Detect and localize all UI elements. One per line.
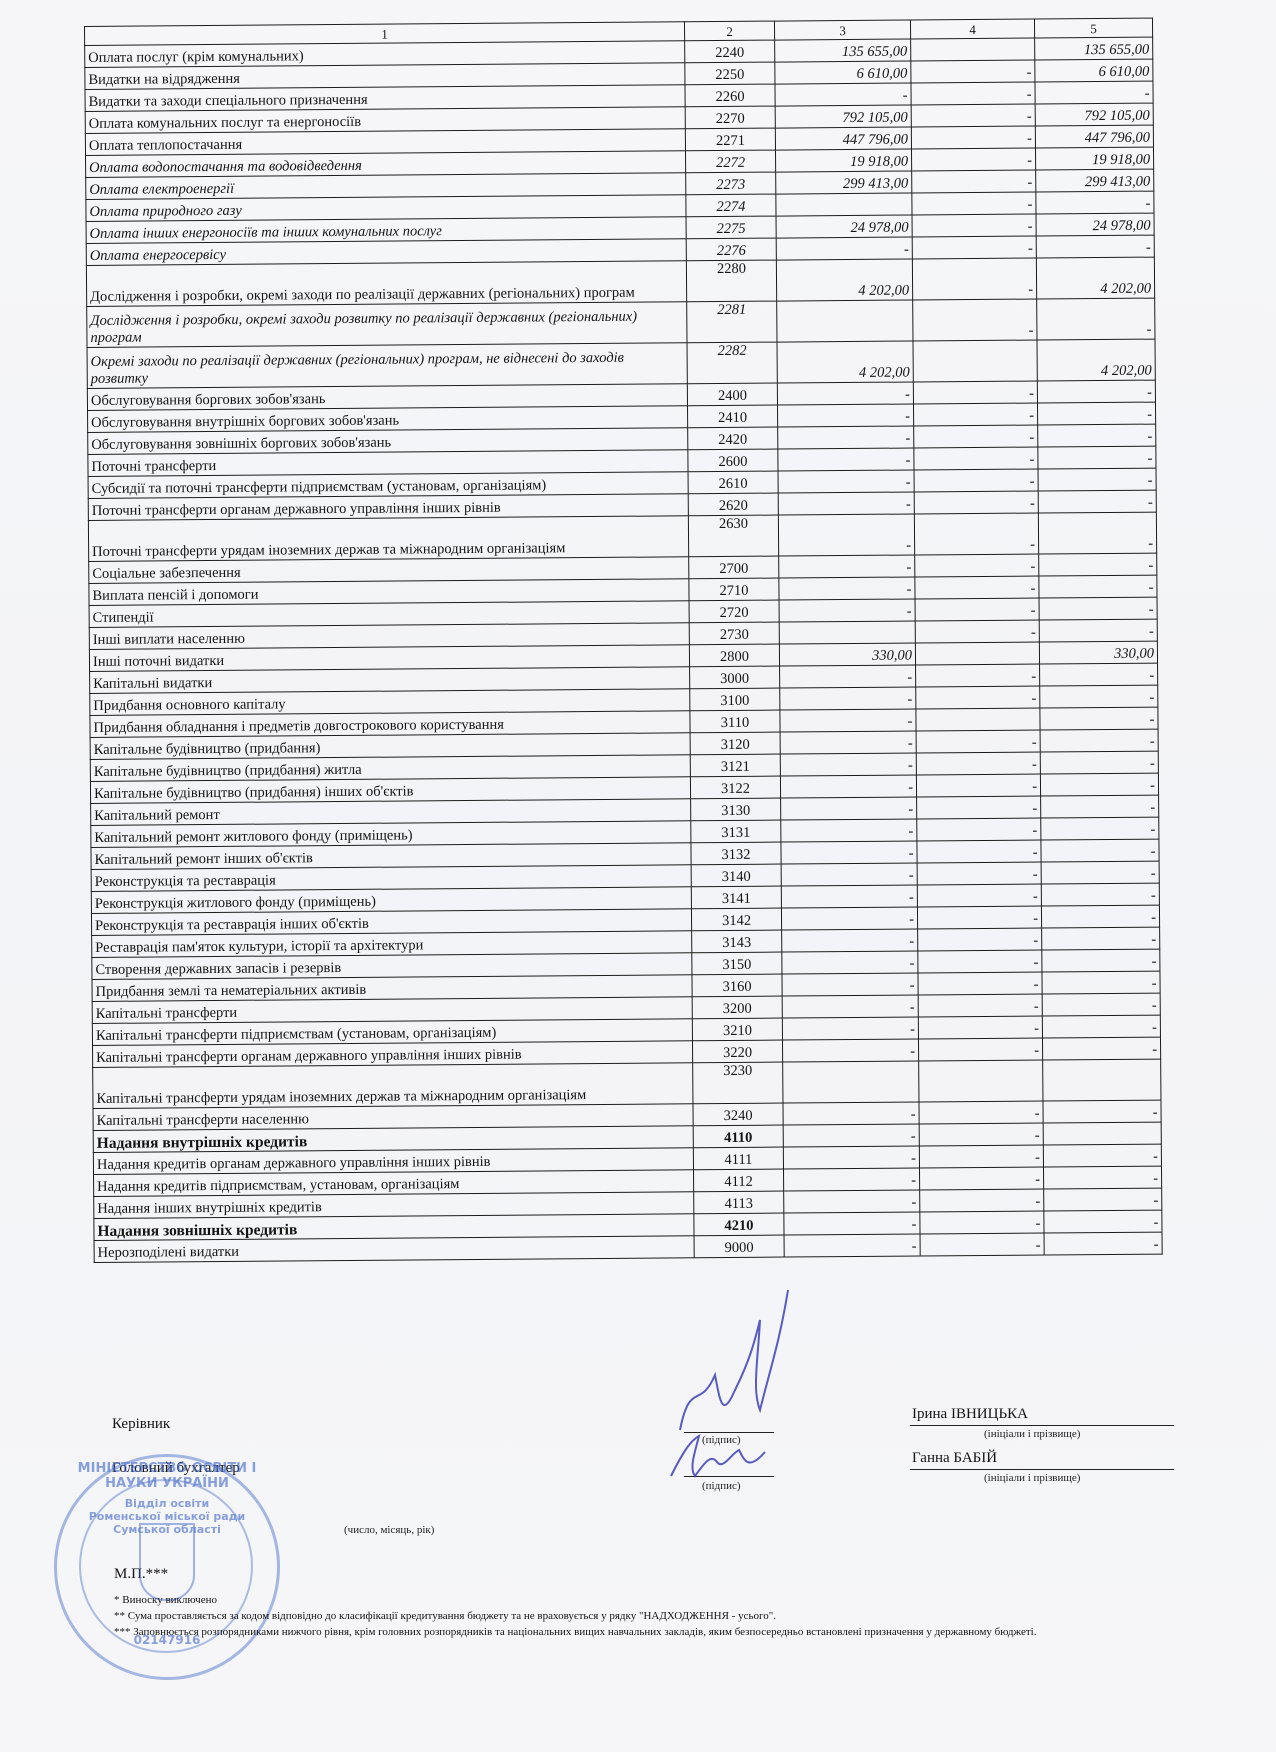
col4-value: -	[920, 1211, 1044, 1234]
col5-value: -	[1039, 553, 1157, 576]
col5-value: -	[1042, 993, 1160, 1016]
col5-value: -	[1039, 575, 1157, 598]
col3-value: -	[783, 1168, 919, 1191]
col3-value: -	[782, 929, 918, 952]
col3-value: -	[779, 577, 915, 600]
col4-value: -	[911, 104, 1035, 127]
col3-value	[777, 300, 913, 342]
col4-value: -	[918, 1038, 1042, 1061]
accountant-name-caption: (ініціали і прізвище)	[984, 1472, 1080, 1484]
col3-value: -	[783, 1124, 919, 1147]
column-header: 5	[1034, 18, 1152, 38]
col5-value: -	[1037, 402, 1155, 425]
col4-value: -	[913, 403, 1037, 426]
col3-value: -	[780, 709, 916, 732]
col5-value	[1043, 1059, 1161, 1101]
official-stamp: МІНІСТЕРСТВО ОСВІТИ І НАУКИ УКРАЇНИ Відд…	[54, 1454, 280, 1680]
col4-value: -	[916, 664, 1040, 687]
col3-value: 792 105,00	[775, 105, 911, 128]
col5-value: -	[1041, 883, 1159, 906]
row-code: 3120	[690, 732, 780, 755]
col3-value: -	[778, 492, 914, 515]
col3-value	[776, 193, 912, 216]
row-code: 2272	[685, 150, 775, 173]
col4-value: -	[918, 950, 1042, 973]
row-label: Окремі заходи по реалізації державних (р…	[87, 343, 687, 389]
col5-value: -	[1042, 949, 1160, 972]
stamp-outer-text: МІНІСТЕРСТВО ОСВІТИ І НАУКИ УКРАЇНИ	[57, 1461, 277, 1491]
col3-value: 135 655,00	[775, 39, 911, 62]
col3-value: -	[781, 841, 917, 864]
col4-value: -	[918, 1016, 1042, 1039]
col4-value: -	[915, 620, 1039, 643]
col3-value	[783, 1061, 919, 1103]
col4-value	[915, 642, 1039, 665]
row-code: 3142	[691, 908, 781, 931]
col3-value: -	[775, 83, 911, 106]
col4-value: -	[920, 1233, 1044, 1256]
col5-value: -	[1040, 707, 1158, 730]
col4-value	[911, 38, 1035, 61]
col4-value: -	[917, 840, 1041, 863]
col4-value: -	[915, 576, 1039, 599]
row-code: 2730	[689, 622, 779, 645]
row-code: 2700	[689, 556, 779, 579]
col5-value: -	[1039, 619, 1157, 642]
col4-value: -	[917, 884, 1041, 907]
row-code: 3143	[692, 930, 782, 953]
col4-value: -	[919, 1145, 1043, 1168]
col5-value: -	[1038, 490, 1156, 513]
col5-value: -	[1038, 424, 1156, 447]
row-code: 2250	[685, 62, 775, 85]
row-code: 9000	[694, 1235, 784, 1258]
col5-value: -	[1042, 927, 1160, 950]
col5-value: -	[1039, 597, 1157, 620]
row-label: Нерозподілені видатки	[94, 1236, 694, 1263]
row-code: 3140	[691, 864, 781, 887]
col4-value: -	[913, 381, 1037, 404]
col5-value: -	[1043, 1166, 1161, 1189]
row-code: 2275	[686, 216, 776, 239]
col3-value: -	[779, 555, 915, 578]
expenditure-table: 1 2 3 4 5 Оплата послуг (крім комунальни…	[84, 18, 1163, 1263]
row-code: 3230	[693, 1062, 783, 1104]
col3-value: -	[777, 382, 913, 405]
col4-value: -	[914, 491, 1038, 514]
row-code: 3000	[690, 666, 780, 689]
row-code: 2270	[685, 106, 775, 129]
col3-value: -	[784, 1234, 920, 1257]
col5-value: -	[1040, 663, 1158, 686]
col5-value	[1043, 1122, 1161, 1145]
row-code: 2276	[686, 238, 776, 261]
head-name: Ірина ІВНИЦЬКА	[912, 1406, 1028, 1423]
col5-value: 299 413,00	[1036, 169, 1154, 192]
row-code: 2400	[687, 383, 777, 406]
col4-value: -	[911, 126, 1035, 149]
col4-value: -	[918, 994, 1042, 1017]
col4-value: -	[911, 60, 1035, 83]
col5-value: 4 202,00	[1036, 257, 1154, 299]
row-label: Дослідження і розробки, окремі заходи по…	[86, 261, 686, 307]
col5-value: -	[1041, 905, 1159, 928]
col3-value: -	[776, 237, 912, 260]
col4-value: -	[914, 447, 1038, 470]
col3-value: -	[778, 470, 914, 493]
row-code: 2800	[689, 644, 779, 667]
col3-value: -	[779, 599, 915, 622]
col5-value: -	[1040, 773, 1158, 796]
row-code: 3160	[692, 974, 782, 997]
row-code: 2260	[685, 84, 775, 107]
col5-value: -	[1043, 1100, 1161, 1123]
col4-value: -	[911, 148, 1035, 171]
col5-value: 4 202,00	[1037, 339, 1155, 381]
row-code: 3141	[691, 886, 781, 909]
col3-value: 19 918,00	[775, 149, 911, 172]
col4-value: -	[915, 554, 1039, 577]
row-code: 2280	[686, 260, 776, 302]
col4-value: -	[916, 730, 1040, 753]
col5-value: -	[1042, 971, 1160, 994]
col3-value: -	[780, 775, 916, 798]
col5-value: -	[1036, 191, 1154, 214]
col5-value: -	[1043, 1144, 1161, 1167]
footnote-3: *** Заповнюється розпорядниками нижчого …	[114, 1624, 1114, 1640]
column-header: 3	[774, 20, 910, 40]
col4-value: -	[912, 236, 1036, 259]
col4-value: -	[916, 686, 1040, 709]
col5-value: -	[1044, 1188, 1162, 1211]
col4-value: -	[920, 1189, 1044, 1212]
col4-value: -	[918, 928, 1042, 951]
col5-value: 19 918,00	[1035, 147, 1153, 170]
row-code: 4110	[693, 1125, 783, 1148]
col3-value: -	[781, 885, 917, 908]
footnote-2: ** Сума проставляється за кодом відповід…	[114, 1608, 1114, 1624]
col4-value: -	[917, 818, 1041, 841]
col5-value: -	[1041, 839, 1159, 862]
col5-value: -	[1035, 81, 1153, 104]
row-label: Дослідження і розробки, окремі заходи ро…	[87, 302, 687, 348]
col3-value: 4 202,00	[776, 259, 912, 301]
col5-value: -	[1044, 1210, 1162, 1233]
col3-value: -	[777, 404, 913, 427]
col4-value: -	[913, 299, 1037, 341]
head-name-line	[910, 1425, 1174, 1426]
col3-value: -	[780, 665, 916, 688]
head-signature	[660, 1280, 820, 1440]
footnotes: * Виноску виключено ** Сума проставляєть…	[114, 1592, 1114, 1640]
col3-value: 6 610,00	[775, 61, 911, 84]
col4-value: -	[912, 214, 1036, 237]
col5-value: -	[1044, 1232, 1162, 1255]
col3-value: -	[781, 907, 917, 930]
col4-value: -	[919, 1167, 1043, 1190]
col5-value: 330,00	[1039, 641, 1157, 664]
col4-value: -	[912, 170, 1036, 193]
row-code: 3210	[692, 1018, 782, 1041]
col4-value: -	[916, 774, 1040, 797]
col3-value: -	[782, 1039, 918, 1062]
row-code: 3121	[690, 754, 780, 777]
row-code: 3132	[691, 842, 781, 865]
col4-value: -	[914, 469, 1038, 492]
col4-value: -	[919, 1123, 1043, 1146]
row-code: 3130	[691, 798, 781, 821]
row-code: 3150	[692, 952, 782, 975]
column-header: 2	[684, 21, 774, 41]
col4-value: -	[919, 1101, 1043, 1124]
col4-value: -	[914, 425, 1038, 448]
col3-value: 299 413,00	[776, 171, 912, 194]
row-code: 3100	[690, 688, 780, 711]
col5-value: 135 655,00	[1035, 37, 1153, 60]
col4-value: -	[912, 258, 1036, 300]
row-code: 2630	[688, 515, 778, 557]
col3-value: -	[778, 514, 914, 556]
row-code: 2600	[688, 449, 778, 472]
col4-value: -	[917, 862, 1041, 885]
col5-value: -	[1038, 446, 1156, 469]
col3-value: -	[781, 819, 917, 842]
row-code: 2620	[688, 493, 778, 516]
col3-value: -	[783, 1102, 919, 1125]
coat-of-arms-icon	[139, 1523, 195, 1601]
col3-value: -	[778, 448, 914, 471]
col4-value	[919, 1060, 1043, 1102]
col5-value: 792 105,00	[1035, 103, 1153, 126]
row-code: 4112	[694, 1169, 784, 1192]
col5-value: -	[1040, 751, 1158, 774]
row-code: 2281	[687, 301, 777, 343]
row-code: 2720	[689, 600, 779, 623]
col4-value: -	[917, 906, 1041, 929]
col3-value: -	[782, 973, 918, 996]
col3-value: 447 796,00	[775, 127, 911, 150]
accountant-signature	[665, 1432, 775, 1482]
col4-value: -	[914, 513, 1038, 555]
document-page: 1 2 3 4 5 Оплата послуг (крім комунальни…	[0, 0, 1276, 1752]
col3-value: 330,00	[779, 643, 915, 666]
row-label: Поточні трансферти урядам іноземних держ…	[88, 516, 688, 562]
col5-value: -	[1037, 380, 1155, 403]
col3-value: 24 978,00	[776, 215, 912, 238]
accountant-name-line	[910, 1469, 1174, 1470]
row-code: 2271	[685, 128, 775, 151]
col3-value: -	[782, 995, 918, 1018]
col5-value: 6 610,00	[1035, 59, 1153, 82]
col5-value: -	[1040, 729, 1158, 752]
col3-value	[779, 621, 915, 644]
col5-value: 447 796,00	[1035, 125, 1153, 148]
col5-value: -	[1041, 817, 1159, 840]
col4-value: -	[915, 598, 1039, 621]
row-code: 2420	[688, 427, 778, 450]
row-code: 2710	[689, 578, 779, 601]
row-code: 3131	[691, 820, 781, 843]
accountant-name: Ганна БАБІЙ	[912, 1450, 997, 1467]
col3-value: -	[782, 1017, 918, 1040]
col3-value: -	[783, 1146, 919, 1169]
col4-value: -	[918, 972, 1042, 995]
col3-value: -	[784, 1212, 920, 1235]
col4-value	[913, 340, 1037, 382]
date-caption: (число, місяць, рік)	[344, 1524, 434, 1536]
row-code: 3122	[690, 776, 780, 799]
col3-value: -	[780, 731, 916, 754]
row-code: 4210	[694, 1213, 784, 1236]
col3-value: -	[781, 797, 917, 820]
col4-value: -	[916, 752, 1040, 775]
col3-value: -	[780, 687, 916, 710]
row-code: 3110	[690, 710, 780, 733]
col5-value: -	[1036, 235, 1154, 258]
col4-value	[916, 708, 1040, 731]
col5-value: -	[1038, 512, 1156, 554]
col3-value: -	[781, 863, 917, 886]
col3-value: -	[780, 753, 916, 776]
col5-value: -	[1041, 861, 1159, 884]
row-code: 2274	[686, 194, 776, 217]
footnote-1: * Виноску виключено	[114, 1592, 1114, 1608]
col3-value: 4 202,00	[777, 341, 913, 383]
row-code: 2410	[688, 405, 778, 428]
row-code: 2240	[685, 40, 775, 63]
head-label: Керівник	[112, 1416, 170, 1433]
col3-value: -	[782, 951, 918, 974]
row-code: 3220	[692, 1040, 782, 1063]
col4-value: -	[912, 192, 1036, 215]
row-code: 3200	[692, 996, 782, 1019]
row-code: 2273	[686, 172, 776, 195]
col5-value: -	[1042, 1037, 1160, 1060]
row-code: 4111	[693, 1147, 783, 1170]
col4-value: -	[917, 796, 1041, 819]
row-code: 4113	[694, 1191, 784, 1214]
row-code: 2610	[688, 471, 778, 494]
col5-value: -	[1041, 795, 1159, 818]
col5-value: 24 978,00	[1036, 213, 1154, 236]
row-code: 2282	[687, 342, 777, 384]
column-header: 4	[910, 19, 1034, 39]
row-label: Капітальні трансферти урядам іноземних д…	[93, 1063, 693, 1109]
row-code: 3240	[693, 1103, 783, 1126]
col5-value: -	[1042, 1015, 1160, 1038]
head-name-caption: (ініціали і прізвище)	[984, 1428, 1080, 1440]
col5-value: -	[1037, 298, 1155, 340]
col5-value: -	[1040, 685, 1158, 708]
col3-value: -	[778, 426, 914, 449]
col3-value: -	[784, 1190, 920, 1213]
col5-value: -	[1038, 468, 1156, 491]
col4-value: -	[911, 82, 1035, 105]
